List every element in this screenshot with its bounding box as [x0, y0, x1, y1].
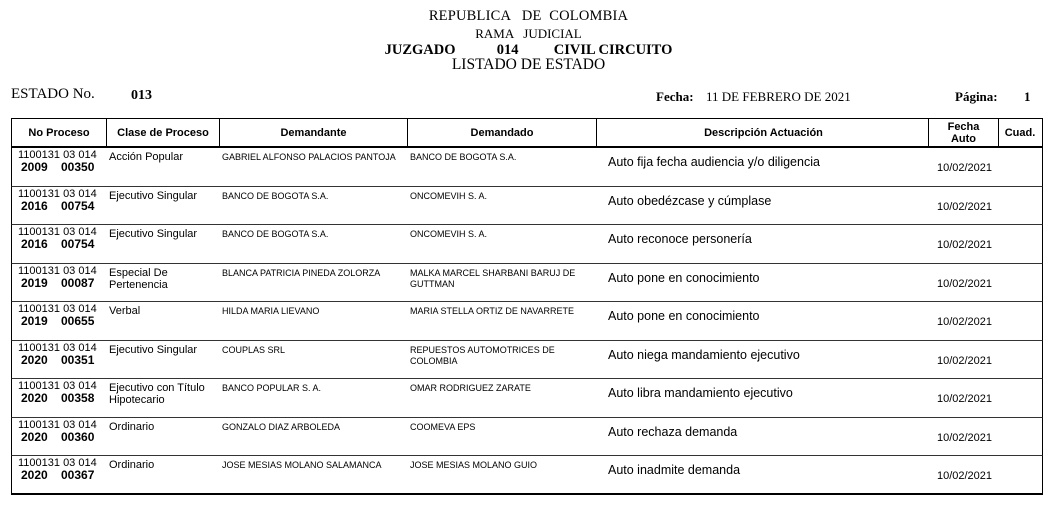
demandado-cell: ONCOMEVIH S. A. — [410, 191, 602, 202]
descripcion-cell: Auto pone en conocimiento — [608, 309, 760, 323]
branch-heading: RAMA JUDICIAL — [0, 26, 1057, 42]
proceso-consecutive: 00655 — [61, 314, 94, 328]
demandante-cell: BANCO DE BOGOTA S.A. — [222, 191, 407, 202]
table-row: 1100131 03 014 201900087 Especial De Per… — [11, 264, 1043, 303]
demandante-cell: GABRIEL ALFONSO PALACIOS PANTOJA — [222, 152, 407, 163]
proceso-number: 202000367 — [18, 469, 97, 481]
descripcion-cell: Auto obedézcase y cúmplase — [608, 194, 771, 208]
proceso-cell: 1100131 03 014 202000358 — [18, 381, 97, 404]
descripcion-cell: Auto niega mandamiento ejecutivo — [608, 348, 800, 362]
clase-cell: Ejecutivo Singular — [109, 228, 219, 240]
table-row: 1100131 03 014 201900655 Verbal HILDA MA… — [11, 302, 1043, 341]
demandante-cell: HILDA MARIA LIEVANO — [222, 306, 407, 317]
col-header-descripcion: Descripción Actuación — [596, 119, 930, 146]
proceso-year: 2016 — [21, 200, 61, 212]
document-title: LISTADO DE ESTADO — [0, 56, 1057, 74]
demandante-cell: GONZALO DIAZ ARBOLEDA — [222, 422, 407, 433]
table-body: 1100131 03 014 200900350 Acción Popular … — [11, 148, 1043, 495]
demandante-cell: COUPLAS SRL — [222, 345, 407, 356]
fecha-auto-cell: 10/02/2021 — [929, 316, 1000, 328]
proceso-year: 2020 — [21, 469, 61, 481]
table-row: 1100131 03 014 202000360 Ordinario GONZA… — [11, 418, 1043, 457]
fecha-auto-cell: 10/02/2021 — [929, 432, 1000, 444]
proceso-number: 201600754 — [18, 200, 97, 212]
fecha-auto-cell: 10/02/2021 — [929, 470, 1000, 482]
proceso-consecutive: 00351 — [61, 353, 94, 367]
proceso-cell: 1100131 03 014 200900350 — [18, 150, 97, 173]
proceso-consecutive: 00087 — [61, 276, 94, 290]
estado-table: No Proceso Clase de Proceso Demandante D… — [11, 118, 1043, 495]
demandante-cell: BLANCA PATRICIA PINEDA ZOLORZA — [222, 268, 407, 279]
col-header-demandante: Demandante — [220, 119, 408, 146]
proceso-cell: 1100131 03 014 201900087 — [18, 266, 97, 289]
proceso-cell: 1100131 03 014 202000360 — [18, 420, 97, 443]
proceso-consecutive: 00358 — [61, 391, 94, 405]
table-row: 1100131 03 014 202000351 Ejecutivo Singu… — [11, 341, 1043, 380]
demandado-cell: MALKA MARCEL SHARBANI BARUJ DE GUTTMAN — [410, 268, 602, 290]
table-row: 1100131 03 014 202000358 Ejecutivo con T… — [11, 379, 1043, 418]
demandado-cell: ONCOMEVIH S. A. — [410, 229, 602, 240]
proceso-cell: 1100131 03 014 201600754 — [18, 189, 97, 212]
col-header-cuad: Cuad. — [999, 119, 1041, 146]
proceso-year: 2019 — [21, 315, 61, 327]
proceso-consecutive: 00350 — [61, 160, 94, 174]
demandado-cell: REPUESTOS AUTOMOTRICES DE COLOMBIA — [410, 345, 602, 367]
proceso-consecutive: 00754 — [61, 199, 94, 213]
pagina-label: Página: — [955, 89, 998, 105]
descripcion-cell: Auto fija fecha audiencia y/o diligencia — [608, 155, 820, 169]
proceso-year: 2020 — [21, 431, 61, 443]
fecha-auto-cell: 10/02/2021 — [929, 355, 1000, 367]
demandante-cell: BANCO POPULAR S. A. — [222, 383, 407, 394]
proceso-number: 201900655 — [18, 315, 97, 327]
demandante-cell: JOSE MESIAS MOLANO SALAMANCA — [222, 460, 407, 471]
proceso-year: 2020 — [21, 354, 61, 366]
proceso-consecutive: 00360 — [61, 430, 94, 444]
estado-label: ESTADO No. — [11, 86, 95, 103]
table-row: 1100131 03 014 200900350 Acción Popular … — [11, 148, 1043, 187]
clase-cell: Ordinario — [109, 459, 219, 471]
demandante-cell: BANCO DE BOGOTA S.A. — [222, 229, 407, 240]
fecha-auto-cell: 10/02/2021 — [929, 162, 1000, 174]
demandado-cell: OMAR RODRIGUEZ ZARATE — [410, 383, 602, 394]
proceso-number: 201900087 — [18, 277, 97, 289]
descripcion-cell: Auto reconoce personería — [608, 232, 752, 246]
descripcion-cell: Auto rechaza demanda — [608, 425, 737, 439]
proceso-year: 2019 — [21, 277, 61, 289]
proceso-number: 200900350 — [18, 161, 97, 173]
demandado-cell: JOSE MESIAS MOLANO GUIO — [410, 460, 602, 471]
clase-cell: Ejecutivo con Título Hipotecario — [109, 382, 219, 406]
table-row: 1100131 03 014 202000367 Ordinario JOSE … — [11, 456, 1043, 495]
descripcion-cell: Auto pone en conocimiento — [608, 271, 760, 285]
estado-number: 013 — [131, 88, 152, 104]
pagina-value: 1 — [1024, 89, 1031, 105]
table-row: 1100131 03 014 201600754 Ejecutivo Singu… — [11, 187, 1043, 226]
col-header-demandado: Demandado — [408, 127, 596, 139]
col-header-clase: Clase de Proceso — [107, 119, 220, 146]
demandado-cell: MARIA STELLA ORTIZ DE NAVARRETE — [410, 306, 602, 317]
proceso-number: 201600754 — [18, 238, 97, 250]
fecha-auto-cell: 10/02/2021 — [929, 201, 1000, 213]
proceso-cell: 1100131 03 014 201600754 — [18, 227, 97, 250]
col-header-demandado-descripcion: Demandado Descripción Actuación — [408, 119, 929, 146]
table-header-row: No Proceso Clase de Proceso Demandante D… — [11, 118, 1043, 148]
clase-cell: Ejecutivo Singular — [109, 344, 219, 356]
clase-cell: Especial De Pertenencia — [109, 267, 219, 291]
col-header-no-proceso: No Proceso — [12, 119, 107, 146]
fecha-auto-cell: 10/02/2021 — [929, 278, 1000, 290]
descripcion-cell: Auto inadmite demanda — [608, 463, 740, 477]
fecha-auto-cell: 10/02/2021 — [929, 393, 1000, 405]
fecha-auto-cell: 10/02/2021 — [929, 239, 1000, 251]
proceso-consecutive: 00754 — [61, 237, 94, 251]
proceso-number: 202000351 — [18, 354, 97, 366]
proceso-year: 2009 — [21, 161, 61, 173]
proceso-number: 202000360 — [18, 431, 97, 443]
proceso-cell: 1100131 03 014 202000367 — [18, 458, 97, 481]
table-row: 1100131 03 014 201600754 Ejecutivo Singu… — [11, 225, 1043, 264]
fecha-label: Fecha: — [656, 89, 694, 105]
clase-cell: Verbal — [109, 305, 219, 317]
demandado-cell: BANCO DE BOGOTA S.A. — [410, 152, 602, 163]
clase-cell: Ejecutivo Singular — [109, 190, 219, 202]
proceso-number: 202000358 — [18, 392, 97, 404]
proceso-cell: 1100131 03 014 202000351 — [18, 343, 97, 366]
clase-cell: Acción Popular — [109, 151, 219, 163]
proceso-consecutive: 00367 — [61, 468, 94, 482]
descripcion-cell: Auto libra mandamiento ejecutivo — [608, 386, 793, 400]
fecha-value: 11 DE FEBRERO DE 2021 — [706, 89, 851, 105]
country-heading: REPUBLICA DE COLOMBIA — [0, 8, 1057, 25]
demandado-cell: COOMEVA EPS — [410, 422, 602, 433]
col-header-fecha-auto: Fecha Auto — [929, 119, 999, 146]
clase-cell: Ordinario — [109, 421, 219, 433]
proceso-year: 2020 — [21, 392, 61, 404]
proceso-cell: 1100131 03 014 201900655 — [18, 304, 97, 327]
proceso-year: 2016 — [21, 238, 61, 250]
